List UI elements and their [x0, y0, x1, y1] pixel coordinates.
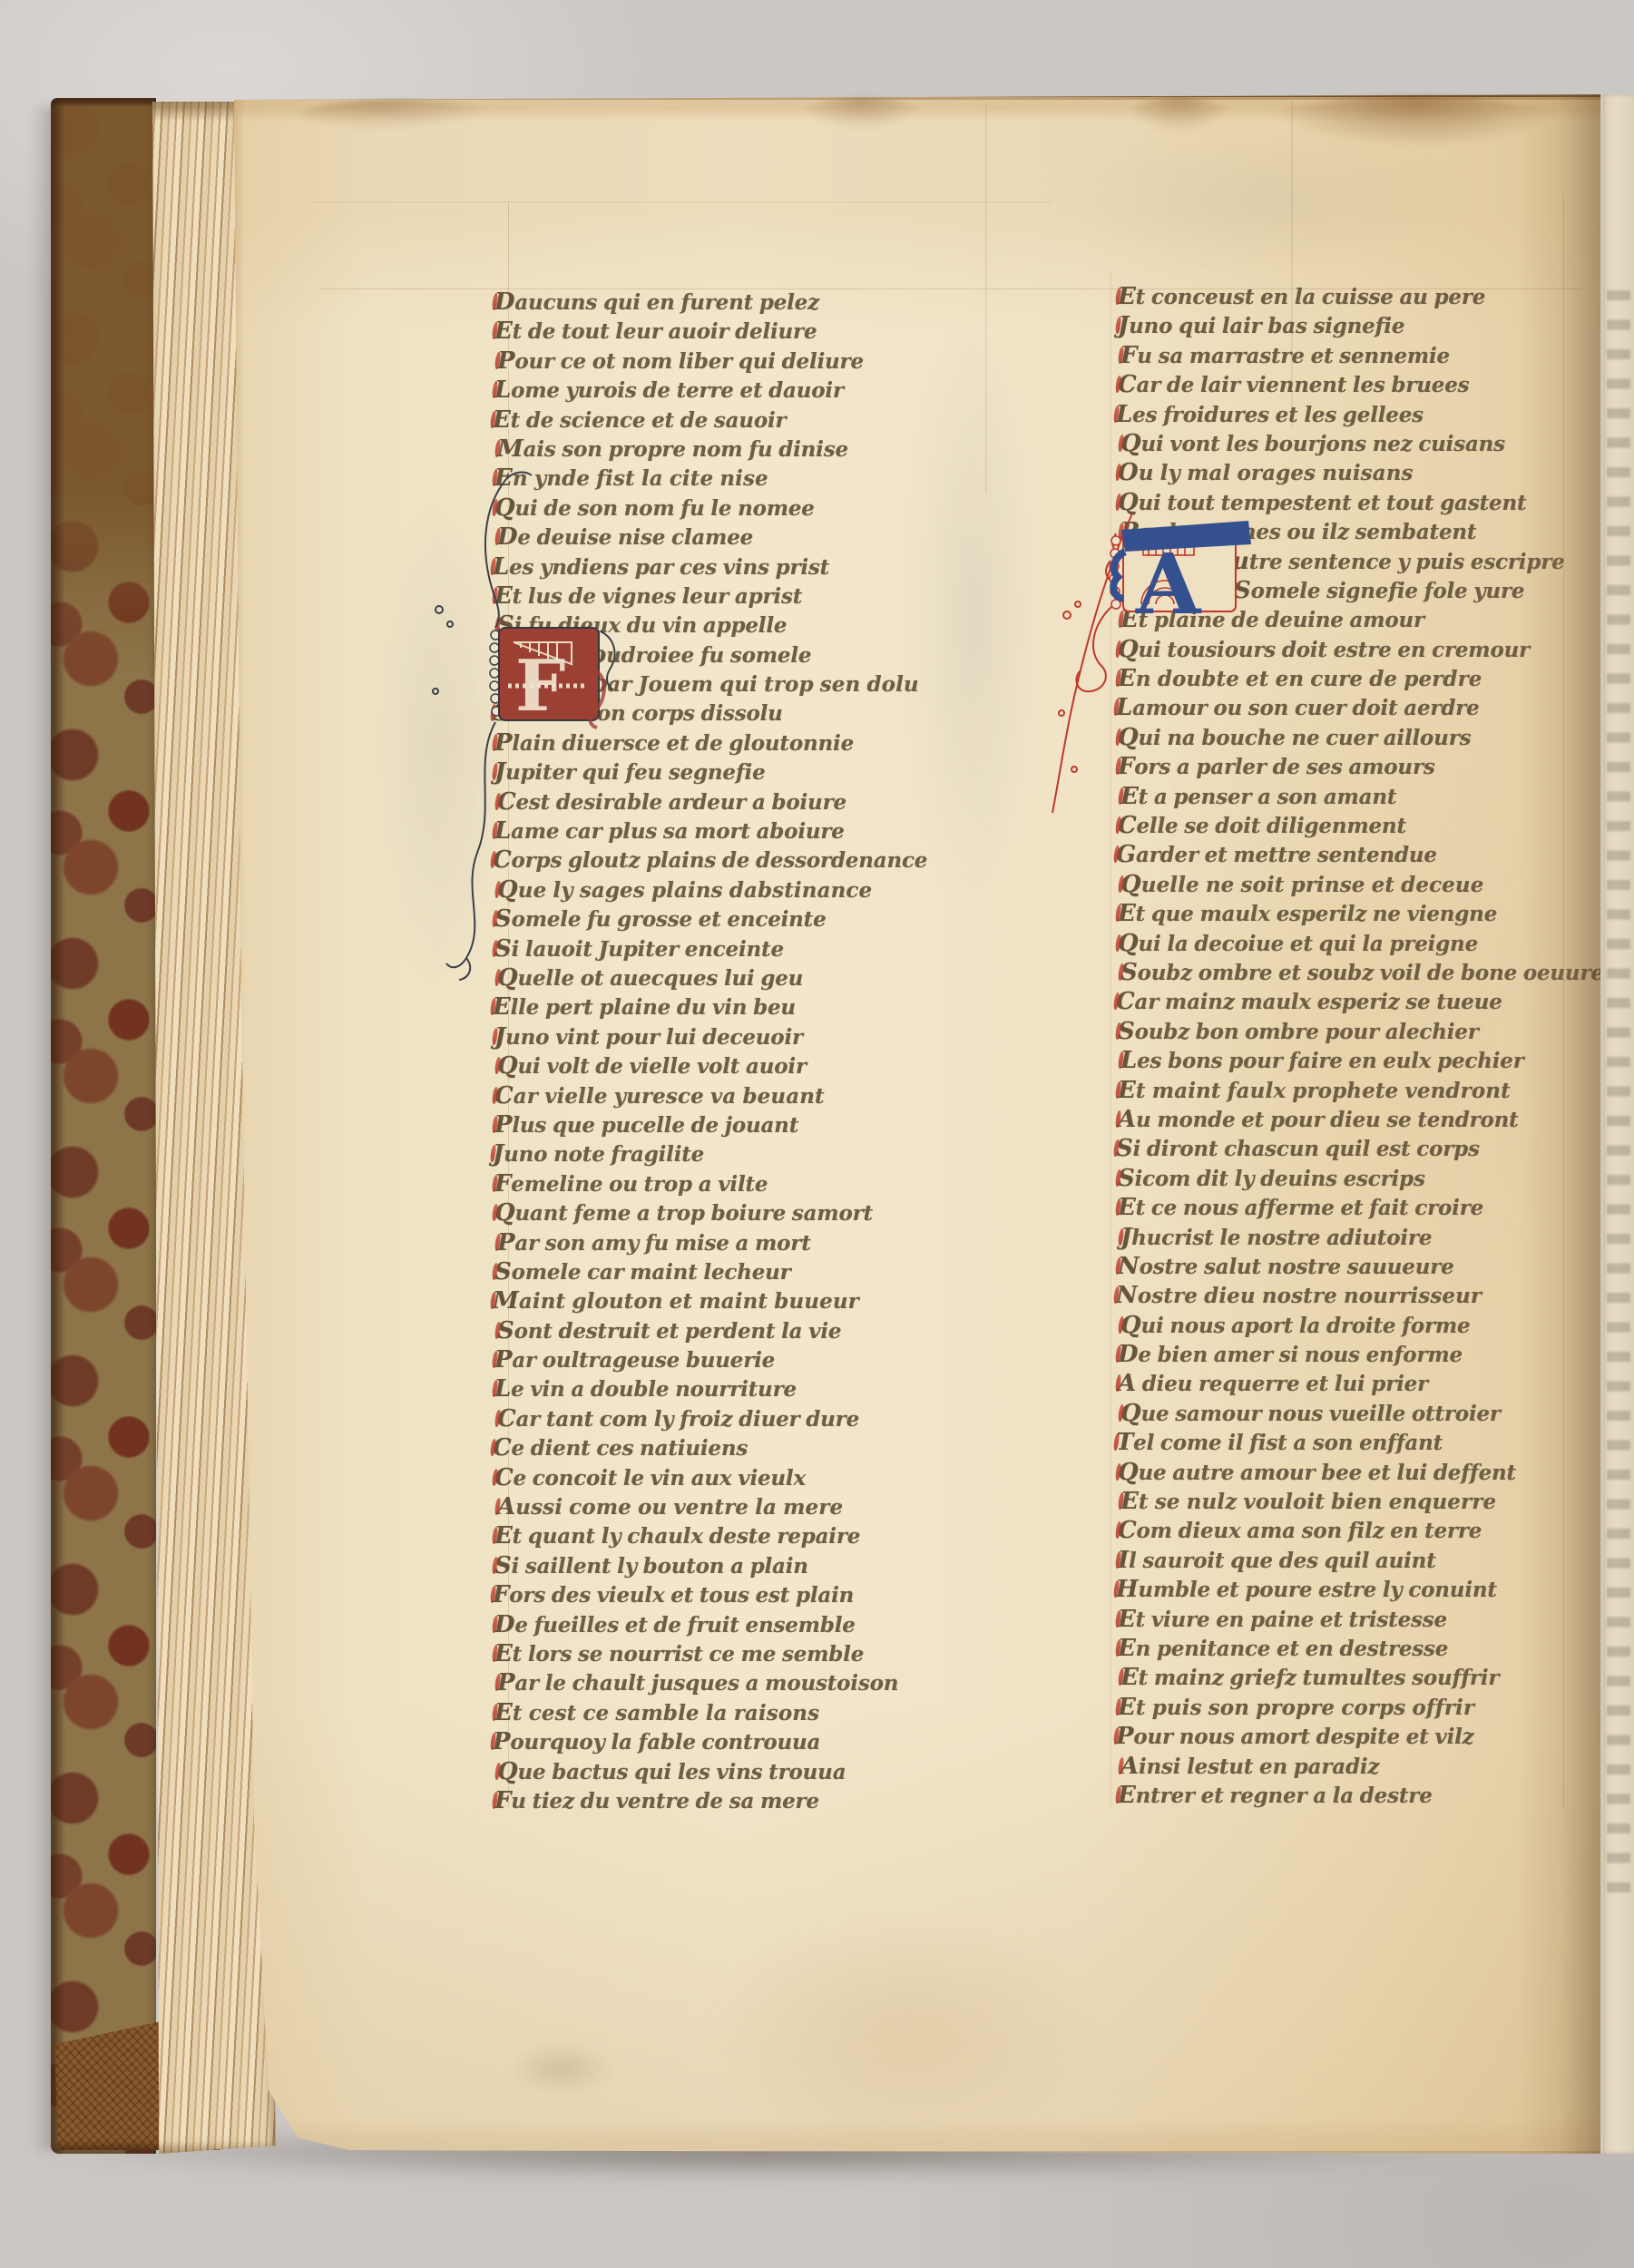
manuscript-line: Par les vignes ou ilz sembatent — [1120, 517, 1612, 546]
manuscript-line: Daucuns qui en furent pelez — [494, 288, 953, 317]
manuscript-line: Si diront chascun quil est corps — [1116, 1134, 1612, 1163]
facing-page-faint-text — [1607, 290, 1630, 1905]
manuscript-line: Lamour ou son cuer doit aerdre — [1116, 693, 1612, 722]
manuscript-line: utre sentence y puis escripre — [1116, 547, 1612, 576]
manuscript-line: Ou ly mal orages nuisans — [1118, 458, 1612, 487]
manuscript-line: Ce dient ces natiuiens — [493, 1433, 953, 1462]
manuscript-line: Aussi come ou ventre la mere — [497, 1492, 953, 1521]
manuscript-line: Et que maulx esperilz ne viengne — [1118, 899, 1612, 928]
manuscript-line: Et viure en paine et tristesse — [1118, 1605, 1612, 1634]
manuscript-line: Il sauroit que des quil auint — [1118, 1546, 1612, 1575]
facing-page-edge — [1600, 94, 1634, 2154]
manuscript-line: Si fu dieux du vin appelle — [497, 611, 953, 640]
manuscript-line: Et lors se nourrist ce me semble — [494, 1639, 953, 1668]
manuscript-line: Jupiter qui feu segnefie — [494, 758, 953, 787]
manuscript-line: Femeline ou trop a vilte — [494, 1169, 953, 1198]
manuscript-line: Ainsi lestut en paradiz — [1120, 1752, 1612, 1781]
manuscript-line: Somele son corps dissolu — [493, 699, 953, 728]
manuscript-line: Et se nulz vouloit bien enquerre — [1120, 1487, 1612, 1516]
manuscript-line: Que samour nous vueille ottroier — [1120, 1399, 1612, 1428]
manuscript-line: Qui la decoiue et qui la preigne — [1118, 929, 1612, 958]
manuscript-line: Et quant ly chaulx deste repaire — [494, 1521, 953, 1550]
manuscript-line: par Jouem qui trop sen dolu — [494, 670, 953, 699]
manuscript-line: Pourquoy la fable controuua — [493, 1727, 953, 1756]
manuscript-line: Juno qui lair bas signefie — [1118, 311, 1612, 340]
manuscript-line: Somele car maint lecheur — [494, 1257, 953, 1286]
manuscript-line: Et a penser a son amant — [1120, 782, 1612, 811]
manuscript-line: Par oultrageuse buuerie — [494, 1345, 953, 1374]
manuscript-line: Quelle ne soit prinse et deceue — [1120, 870, 1612, 899]
manuscript-line: Et de tout leur auoir deliure — [494, 317, 953, 346]
manuscript-line: Elle pert plaine du vin beu — [493, 992, 953, 1022]
manuscript-line: Corps gloutz plains de dessordenance — [493, 846, 953, 875]
manuscript-line: Sont destruit et perdent la vie — [497, 1316, 953, 1345]
manuscript-line: Plus que pucelle de jouant — [494, 1110, 953, 1139]
manuscript-line: Fors des vieulx et tous est plain — [493, 1580, 953, 1609]
manuscript-line: Lome yurois de terre et dauoir — [494, 376, 953, 405]
manuscript-photo: Daucuns qui en furent pelezEt de tout le… — [0, 0, 1634, 2268]
manuscript-line: En doubte et en cure de perdre — [1118, 664, 1612, 693]
manuscript-line: Soubz bon ombre pour alechier — [1118, 1017, 1612, 1046]
manuscript-line: Car vielle yuresce va beuant — [494, 1081, 953, 1110]
manuscript-line: Entrer et regner a la destre — [1118, 1781, 1612, 1810]
manuscript-line: Et ce nous afferme et fait croire — [1118, 1193, 1612, 1222]
manuscript-line: Et conceust en la cuisse au pere — [1118, 282, 1612, 311]
manuscript-line: Ce concoit le vin aux vieulx — [494, 1463, 953, 1492]
manuscript-line: Que bactus qui les vins trouua — [497, 1757, 953, 1786]
manuscript-line: Nostre salut nostre sauueure — [1118, 1252, 1612, 1281]
manuscript-line: Qui de son nom fu le nomee — [494, 494, 953, 523]
manuscript-line: Fu tiez du ventre de sa mere — [494, 1786, 953, 1815]
manuscript-line: Car de lair viennent les bruees — [1118, 370, 1612, 399]
manuscript-line: Juno note fragilite — [493, 1139, 953, 1168]
manuscript-line: Pour ce ot nom liber qui deliure — [497, 347, 953, 376]
manuscript-line: Si lauoit Jupiter enceinte — [494, 934, 953, 963]
manuscript-line: De bien amer si nous enforme — [1118, 1340, 1612, 1369]
manuscript-line: En penitance et en destresse — [1118, 1634, 1612, 1663]
manuscript-line: Qui nous aport la droite forme — [1120, 1311, 1612, 1340]
manuscript-line: Sicom dit ly deuins escrips — [1118, 1164, 1612, 1193]
manuscript-line: Juno vint pour lui deceuoir — [494, 1022, 953, 1051]
manuscript-line: Et maint faulx prophete vendront — [1118, 1076, 1612, 1105]
manuscript-line: Qui tousiours doit estre en cremour — [1118, 635, 1612, 664]
manuscript-line: De deuise nise clamee — [497, 523, 953, 552]
manuscript-line: Par son amy fu mise a mort — [497, 1228, 953, 1257]
manuscript-line: Qui volt de vielle volt auoir — [497, 1051, 953, 1080]
manuscript-line: Si saillent ly bouton a plain — [494, 1551, 953, 1580]
manuscript-line: oudroiee fu somele — [494, 640, 953, 670]
manuscript-line: Garder et mettre sentendue — [1116, 840, 1612, 869]
manuscript-line: Au monde et pour dieu se tendront — [1118, 1105, 1612, 1134]
manuscript-line: Jhucrist le nostre adiutoire — [1120, 1223, 1612, 1252]
manuscript-line: De fueilles et de fruit ensemble — [494, 1610, 953, 1639]
manuscript-line: Somele fu grosse et enceinte — [494, 904, 953, 934]
manuscript-line: Com dieux ama son filz en terre — [1118, 1516, 1612, 1545]
manuscript-line: Quant feme a trop boiure samort — [494, 1198, 953, 1227]
text-column-right: Et conceust en la cuisse au pereJuno qui… — [1118, 282, 1612, 1810]
manuscript-line: Quelle ot auecques lui geu — [497, 963, 953, 992]
manuscript-line: Nostre dieu nostre nourrisseur — [1116, 1281, 1612, 1310]
manuscript-line: Qui tout tempestent et tout gastent — [1118, 488, 1612, 517]
manuscript-line: Pour nous amort despite et vilz — [1116, 1722, 1612, 1751]
manuscript-line: Celle se doit diligenment — [1118, 811, 1612, 840]
manuscript-line: Les bons pour faire en eulx pechier — [1120, 1046, 1612, 1075]
manuscript-line: Car mainz maulx esperiz se tueue — [1116, 987, 1612, 1016]
manuscript-line: Car tant com ly froiz diuer dure — [497, 1404, 953, 1433]
manuscript-line: Le vin a double nourriture — [494, 1374, 953, 1403]
manuscript-line: Qui vont les bourjons nez cuisans — [1120, 429, 1612, 458]
manuscript-line: Soubz ombre et soubz voil de bone oeuure — [1120, 958, 1612, 987]
manuscript-line: A dieu requerre et lui prier — [1118, 1369, 1612, 1398]
manuscript-line: En ynde fist la cite nise — [494, 464, 953, 493]
manuscript-line: Que autre amour bee et lui deffent — [1118, 1458, 1612, 1487]
manuscript-line: Maint glouton et maint buueur — [493, 1286, 953, 1315]
manuscript-line: Que ly sages plains dabstinance — [497, 875, 953, 904]
manuscript-line: Fors a parler de ses amours — [1118, 752, 1612, 781]
manuscript-line: Plain diuersce et de gloutonnie — [494, 728, 953, 758]
manuscript-line: Et plaine de deuine amour — [1120, 605, 1612, 634]
manuscript-line: Qui na bouche ne cuer aillours — [1118, 723, 1612, 752]
manuscript-line: Par le chault jusques a moustoison — [497, 1668, 953, 1697]
manuscript-line: Cest desirable ardeur a boiure — [497, 787, 953, 816]
manuscript-line: Et de science et de sauoir — [493, 406, 953, 435]
manuscript-line: Mais son propre nom fu dinise — [497, 435, 953, 464]
book-cover — [51, 98, 156, 2154]
manuscript-line: Et mainz griefz tumultes souffrir — [1120, 1663, 1612, 1692]
manuscript-line: Humble et poure estre ly conuint — [1116, 1575, 1612, 1604]
manuscript-line: Les yndiens par ces vins prist — [493, 552, 953, 582]
manuscript-line: Lame car plus sa mort aboiure — [494, 816, 953, 846]
manuscript-line: Somele signefie fole yure — [1118, 576, 1612, 605]
manuscript-line: Les froidures et les gellees — [1116, 400, 1612, 429]
text-column-left: Daucuns qui en furent pelezEt de tout le… — [494, 288, 953, 1815]
manuscript-line: Et puis son propre corps offrir — [1118, 1693, 1612, 1722]
manuscript-line: Fu sa marrastre et sennemie — [1120, 341, 1612, 370]
manuscript-line: Tel come il fist a son enffant — [1116, 1428, 1612, 1457]
manuscript-line: Et cest ce samble la raisons — [494, 1698, 953, 1727]
manuscript-line: Et lus de vignes leur aprist — [494, 582, 953, 611]
